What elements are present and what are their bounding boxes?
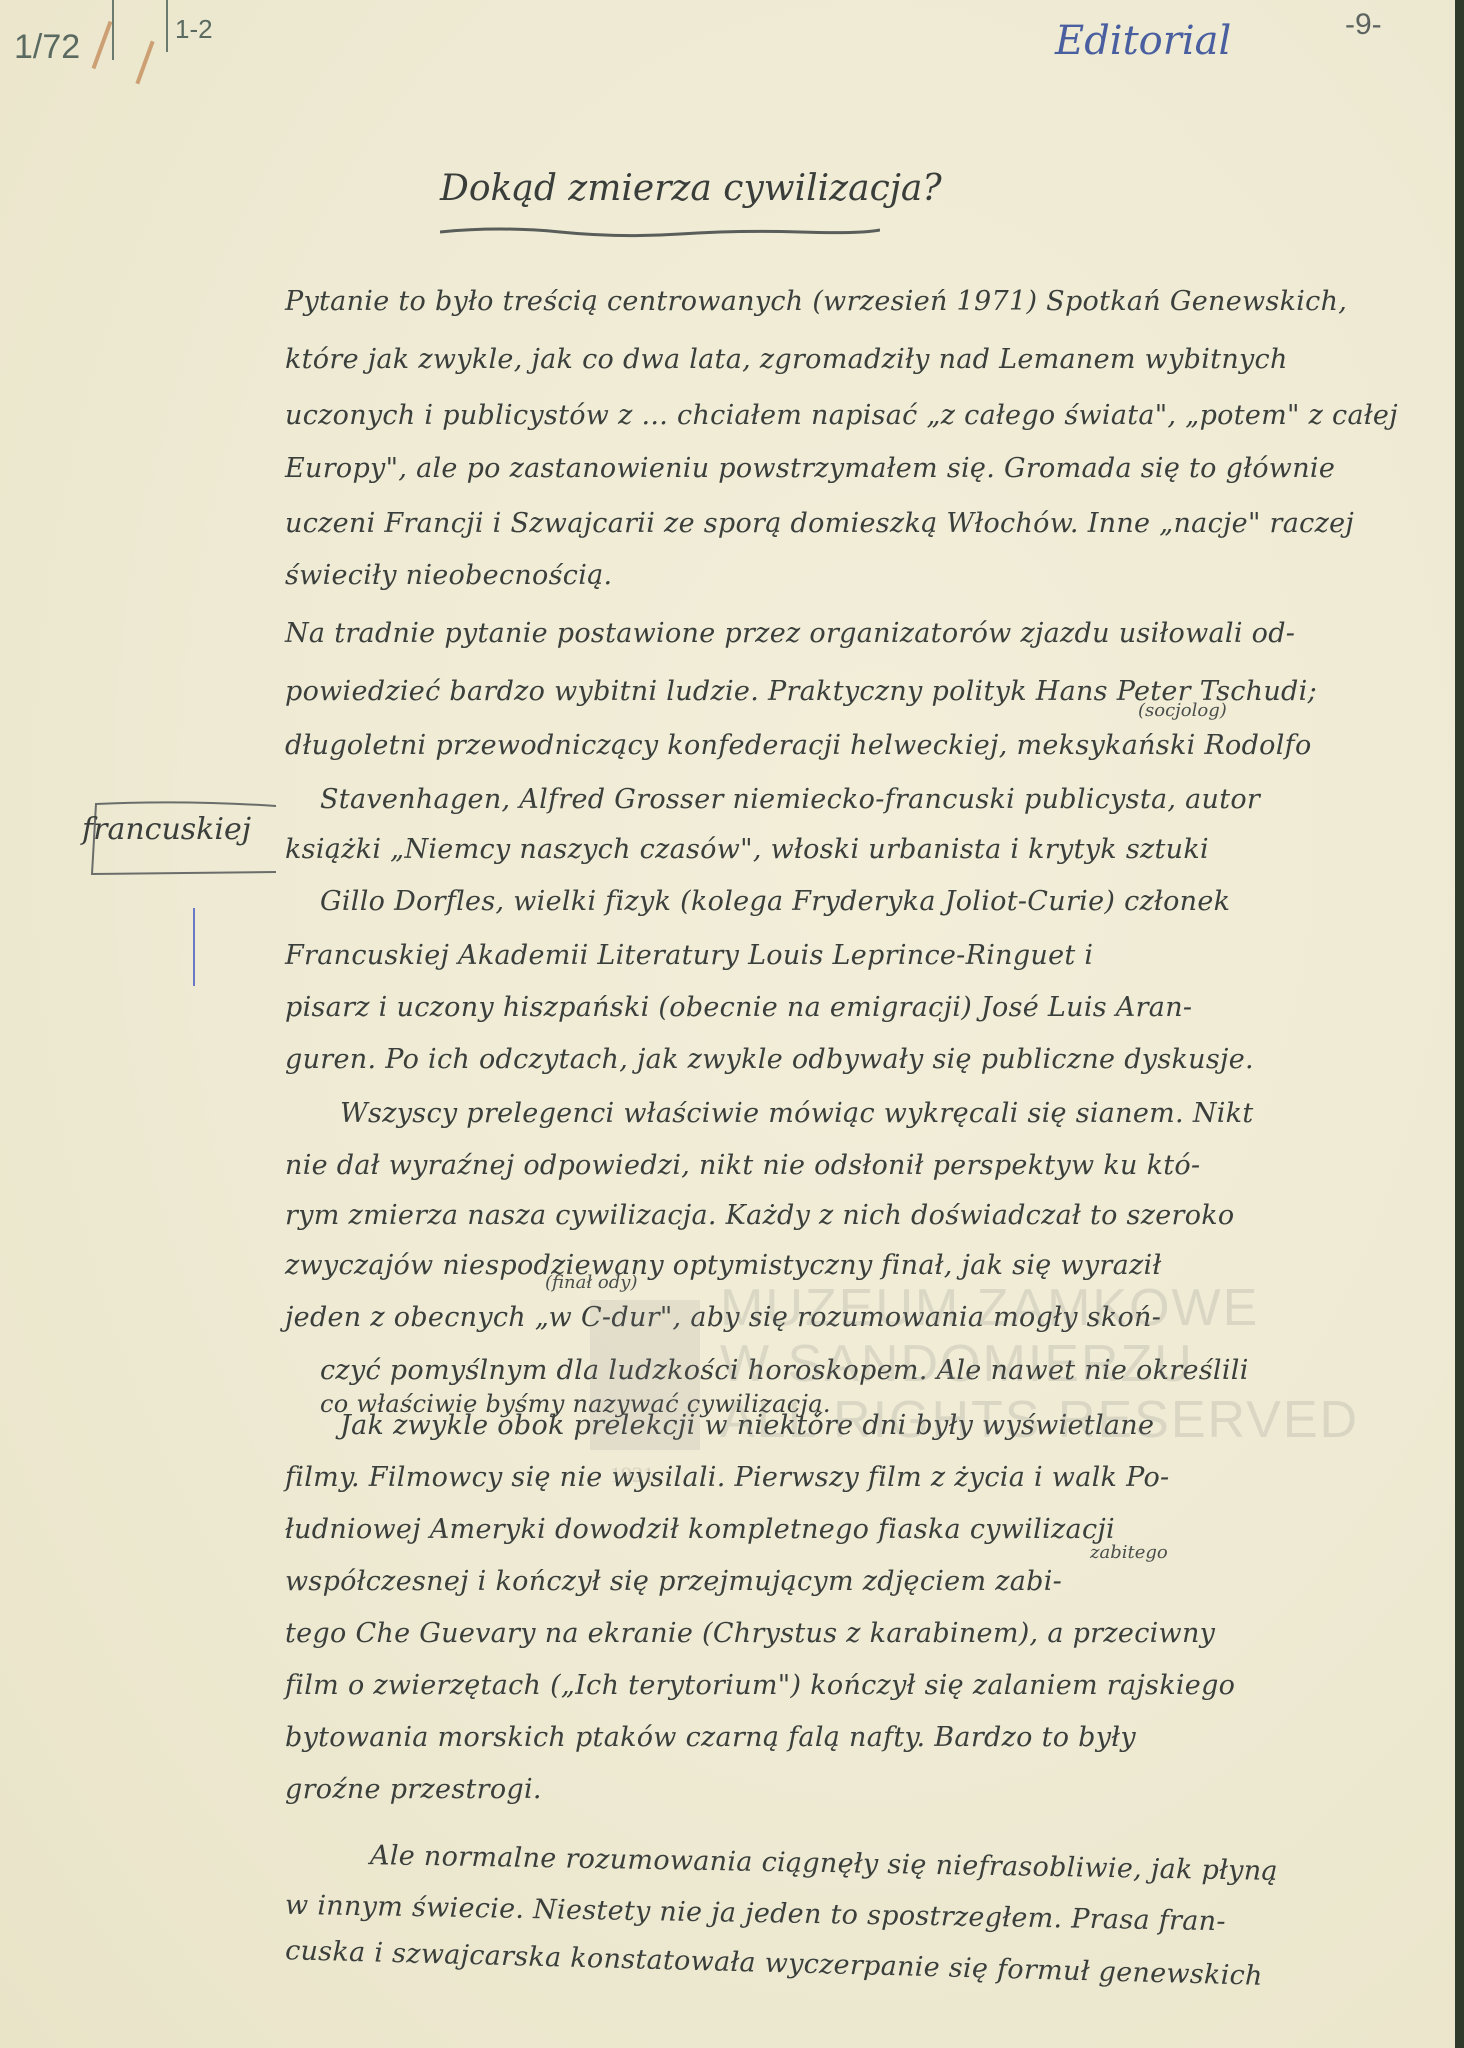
museum-logo-watermark xyxy=(590,1300,700,1450)
text-line: uczonych i publicystów z ... chciałem na… xyxy=(285,400,1398,431)
text-line: Wszyscy prelegenci właściwie mówiąc wykr… xyxy=(340,1098,1254,1129)
text-line: groźne przestrogi. xyxy=(285,1774,542,1805)
page-number: -9- xyxy=(1345,8,1382,42)
text-line: bytowania morskich ptaków czarną falą na… xyxy=(285,1722,1136,1753)
rust-stain xyxy=(92,21,113,69)
text-line: filmy. Filmowcy się nie wysilali. Pierws… xyxy=(285,1462,1169,1493)
text-line: współczesnej i kończył się przejmującym … xyxy=(285,1566,1062,1597)
text-line: Pytanie to było treścią centrowanych (wr… xyxy=(285,286,1347,317)
text-line: książki „Niemcy naszych czasów", włoski … xyxy=(285,834,1209,865)
text-line: świeciły nieobecnością. xyxy=(285,560,612,591)
text-line: Francuskiej Akademii Literatury Louis Le… xyxy=(285,940,1093,971)
text-line: nie dał wyraźnej odpowiedzi, nikt nie od… xyxy=(285,1150,1200,1181)
text-line: Gillo Dorfles, wielki fizyk (kolega Fryd… xyxy=(320,886,1230,917)
text-line: tego Che Guevary na ekranie (Chrystus z … xyxy=(285,1618,1215,1649)
watermark-line: ALL RIGHTS RESERVED xyxy=(720,1392,1359,1448)
title-underline xyxy=(440,222,880,242)
ref-divider xyxy=(166,0,168,52)
text-line: długoletni przewodniczący konfederacji h… xyxy=(285,730,1312,761)
text-line: uczeni Francji i Szwajcarii ze sporą dom… xyxy=(285,508,1354,539)
watermark-year: 1921 xyxy=(610,1462,654,1488)
text-line: w innym świecie. Niestety nie ja jeden t… xyxy=(285,1890,1226,1937)
archive-ref-number: 1/72 xyxy=(14,28,80,67)
ref-divider xyxy=(112,0,114,60)
text-line: Europy", ale po zastanowieniu powstrzyma… xyxy=(285,453,1335,484)
text-line: Na tradnie pytanie postawione przez orga… xyxy=(285,618,1295,649)
archive-ref-range: 1-2 xyxy=(175,14,213,45)
manuscript-page: 1/72 1-2 Editorial -9- Dokąd zmierza cyw… xyxy=(0,0,1455,2048)
watermark-line: MUZEUM ZAMKOWE xyxy=(720,1280,1359,1336)
watermark-line: W SANDOMIERZU xyxy=(720,1336,1359,1392)
document-title: Dokąd zmierza cywilizacja? xyxy=(440,168,942,209)
interlinear-insert: (finał ody) xyxy=(545,1272,637,1293)
interlinear-insert: (socjolog) xyxy=(1138,700,1227,721)
rust-stain xyxy=(135,41,154,85)
interlinear-insert: zabitego xyxy=(1090,1542,1168,1563)
text-line: zwyczajów niespodziewany optymistyczny f… xyxy=(285,1250,1162,1281)
text-line: film o zwierzętach („Ich terytorium") ko… xyxy=(285,1670,1235,1701)
text-line: Ale normalne rozumowania ciągnęły się ni… xyxy=(370,1840,1278,1887)
margin-note: francuskiej xyxy=(82,812,251,847)
text-line: rym zmierza nasza cywilizacja. Każdy z n… xyxy=(285,1200,1234,1231)
text-line: Stavenhagen, Alfred Grosser niemiecko-fr… xyxy=(320,784,1260,815)
text-line: które jak zwykle, jak co dwa lata, zgrom… xyxy=(285,344,1288,375)
editorial-label: Editorial xyxy=(1055,18,1231,64)
text-line: pisarz i uczony hiszpański (obecnie na e… xyxy=(285,992,1192,1023)
text-line: cuska i szwajcarska konstatowała wyczerp… xyxy=(285,1935,1263,1992)
watermark-text: MUZEUM ZAMKOWE W SANDOMIERZU ALL RIGHTS … xyxy=(720,1280,1359,1448)
text-line: guren. Po ich odczytach, jak zwykle odby… xyxy=(285,1044,1254,1075)
text-line: łudniowej Ameryki dowodził kompletnego f… xyxy=(285,1514,1115,1545)
blue-pencil-mark xyxy=(193,908,195,986)
binding-edge xyxy=(1455,0,1464,2048)
